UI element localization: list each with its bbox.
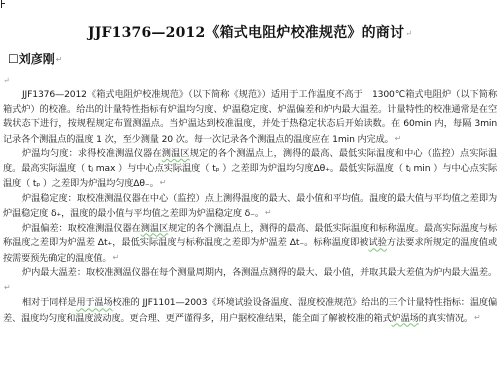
paragraph-max-difference: 炉内最大温差：取校准测温仪器在每个测量周期内，各测温点测得的最大、最小值，并取其… — [3, 266, 497, 296]
spellcheck-underline: 试验 — [369, 237, 387, 248]
title-text: JJF1376—2012《箱式电阻炉校准规范》的商讨 — [88, 25, 404, 41]
paragraph-mark-icon: ↵ — [405, 29, 412, 38]
author-name: 刘彦刚 — [19, 52, 55, 66]
checkbox-square-icon: ☐ — [8, 52, 19, 66]
author-line: ☐刘彦刚↵ — [8, 50, 62, 67]
spellcheck-underline: 炉温场 — [392, 313, 419, 324]
paragraph-mark-icon: ↵ — [265, 208, 272, 217]
empty-paragraph-mark-icon: ↵ — [3, 76, 10, 85]
paragraph-deviation: 炉温偏差：取校准测温仪器在测温区规定的各个测温点上，测得的最高、最低实际温度和标… — [3, 222, 497, 267]
paragraph-mark-icon: ↵ — [4, 283, 11, 292]
document-body: JJF1376—2012《箱式电阻炉校准规范》（以下简称《规范》）适用于工作温度… — [3, 88, 497, 326]
paragraph-mark-icon: ↵ — [160, 178, 167, 187]
paragraph-mark-icon: ↵ — [56, 55, 63, 64]
spellcheck-underline: 测温区 — [162, 148, 190, 159]
paragraph-comparison: 相对于同样是用于温场校准的 JJF1101—2003《环境试验设备温度、湿度校准… — [3, 296, 497, 326]
document-title: JJF1376—2012《箱式电阻炉校准规范》的商讨↵ — [0, 22, 500, 42]
paragraph-uniformity: 炉温均匀度：求得校准测温仪器在测温区规定的各个测温点上，测得的最高、最低实际温度… — [3, 147, 497, 192]
spellcheck-underline: 用于温场 — [76, 297, 112, 308]
text-cursor-mark — [1, 0, 2, 8]
paragraph-mark-icon: ↵ — [112, 253, 119, 262]
paragraph-mark-icon: ↵ — [474, 313, 481, 322]
spellcheck-underline: 测温区 — [141, 223, 168, 234]
paragraph-intro: JJF1376—2012《箱式电阻炉校准规范》（以下简称《规范》）适用于工作温度… — [3, 88, 497, 147]
paragraph-mark-icon: ↵ — [395, 134, 402, 143]
paragraph-stability: 炉温稳定度：取校准测温仪器在中心（监控）点上测得温度的最大、最小值和平均值。温度… — [3, 192, 497, 222]
